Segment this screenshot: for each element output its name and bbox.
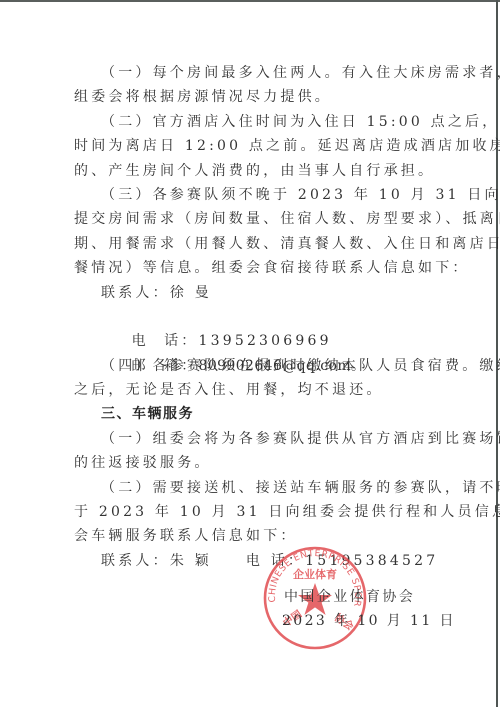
contact-name-value: 朱 颖: [170, 553, 212, 569]
contact-phone-value: 15195384527: [305, 553, 438, 569]
paragraph-line: 期、用餐需求（用餐人数、清真餐人数、入住日和离店日用: [74, 232, 426, 256]
paragraph-line: 于 2023 年 10 月 31 日向组委会提供行程和人员信息。组委: [74, 500, 426, 524]
vehicle-contact: 联系人：朱 颖电 话：15195384527: [74, 549, 426, 573]
paragraph-line: 的往返接驳服务。: [74, 451, 426, 475]
contact-name-label: 联系人：: [101, 285, 170, 301]
signature-date: 2023 年 10 月 11 日: [282, 609, 482, 633]
paragraph-line: 时间为离店日 12:00 点之前。延迟离店造成酒店加收房费: [74, 134, 426, 158]
contact-name-value: 徐 曼: [170, 285, 212, 301]
paragraph-line: 提交房间需求（房间数量、住宿人数、房型要求）、抵离日: [74, 207, 426, 231]
section-heading: 三、车辆服务: [74, 402, 426, 426]
signature-organization: 中国企业体育协会: [282, 585, 482, 609]
paragraph-line: 组委会将根据房源情况尽力提供。: [74, 85, 426, 109]
contact-name-label: 联系人：: [101, 553, 170, 569]
paragraph-line: （三）各参赛队须不晚于 2023 年 10 月 31 日向组委会: [74, 183, 426, 207]
catering-contact-phone: 电 话：13952306969: [74, 305, 426, 329]
paragraph-line: 之后，无论是否入住、用餐，均不退还。: [74, 378, 426, 402]
paragraph-line: 的、产生房间个人消费的，由当事人自行承担。: [74, 159, 426, 183]
paragraph-line: （二）官方酒店入住时间为入住日 15:00 点之后，离店: [74, 110, 426, 134]
contact-phone-label: 电 话：: [132, 333, 199, 349]
contact-phone-label: 电 话：: [246, 553, 305, 569]
page-right-edge: [496, 0, 498, 707]
paragraph-line: 餐情况）等信息。组委会食宿接待联系人信息如下：: [74, 256, 426, 280]
paragraph-line: 会车辆服务联系人信息如下：: [74, 524, 426, 548]
paragraph-line: （四）各参赛队须在报到时缴纳本队人员食宿费。缴纳: [74, 354, 426, 378]
page-top-edge: [0, 0, 500, 2]
signature-block: 中国企业体育协会 2023 年 10 月 11 日: [282, 585, 482, 634]
paragraph-line: （一）组委会将为各参赛队提供从官方酒店到比赛场馆: [74, 427, 426, 451]
document-body: （一）每个房间最多入住两人。有入住大床房需求者， 组委会将根据房源情况尽力提供。…: [74, 61, 426, 573]
paragraph-line: （一）每个房间最多入住两人。有入住大床房需求者，: [74, 61, 426, 85]
contact-phone-value: 13952306969: [199, 333, 332, 349]
paragraph-line: （二）需要接送机、接送站车辆服务的参赛队，请不晚: [74, 476, 426, 500]
catering-contact-name: 联系人：徐 曼: [74, 281, 426, 305]
